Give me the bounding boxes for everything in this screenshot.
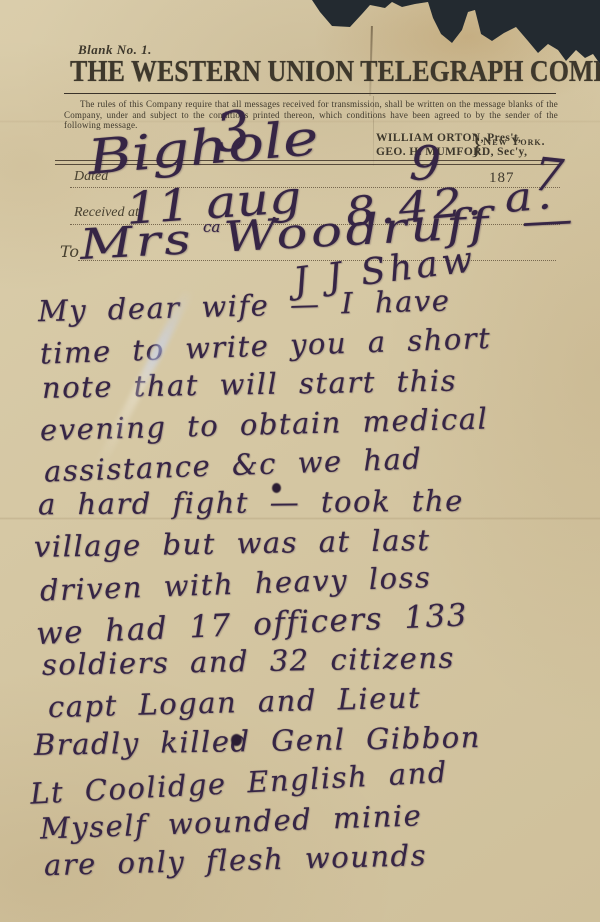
paper-fold-crease — [373, 96, 374, 166]
message-line: a hard fight — took the — [38, 483, 594, 527]
telegram-paper: Blank No. 1. THE WESTERN UNION TELEGRAPH… — [0, 0, 600, 922]
ink-blot — [272, 483, 281, 493]
ink-blot — [231, 734, 242, 746]
to-label: To — [60, 242, 79, 261]
horizontal-fold-crease — [0, 120, 600, 123]
brace-glyph: } — [470, 128, 483, 161]
horizontal-fold-crease — [0, 517, 600, 520]
title-rule — [64, 93, 556, 94]
message-body: My dear wife — I have time to write you … — [34, 287, 594, 881]
company-title: THE WESTERN UNION TELEGRAPH COMPANY. — [70, 54, 600, 89]
